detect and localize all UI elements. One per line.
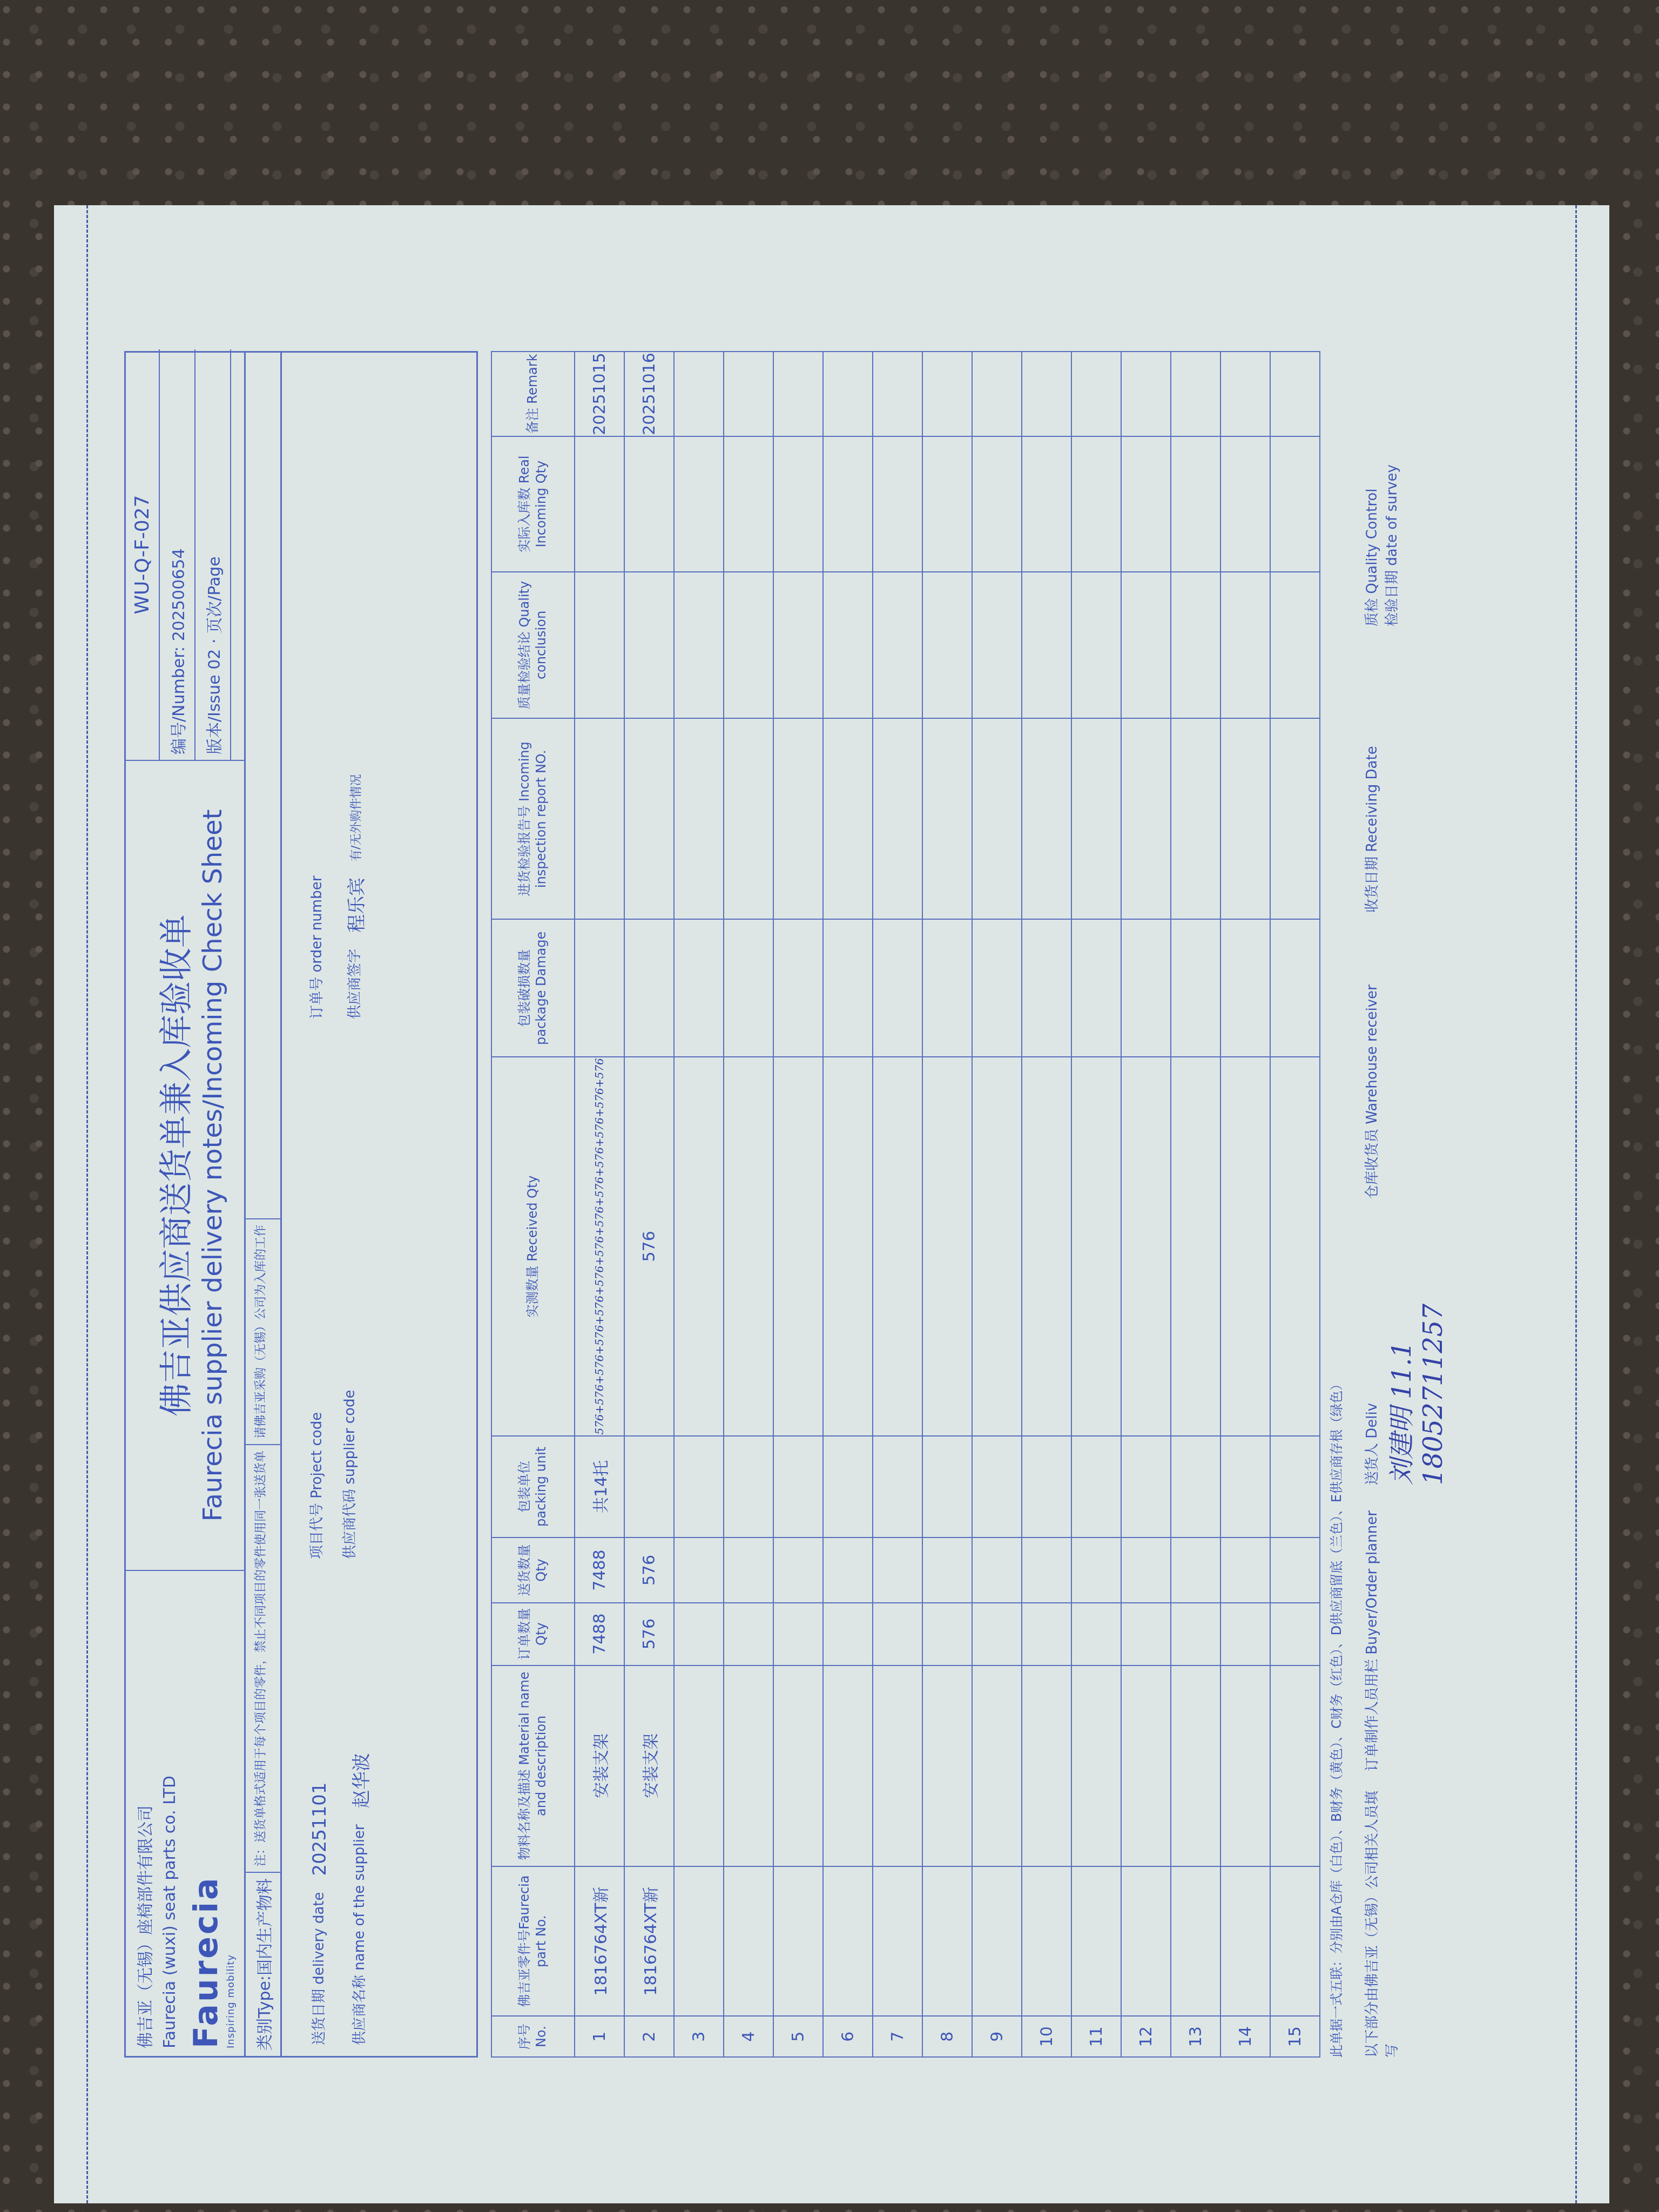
table-cell xyxy=(1071,718,1121,919)
table-cell xyxy=(922,572,972,719)
table-cell: 11 xyxy=(1071,2016,1121,2057)
table-cell xyxy=(823,718,873,919)
table-cell: 3 xyxy=(674,2016,724,2057)
table-cell xyxy=(922,352,972,436)
table-cell xyxy=(922,1436,972,1538)
items-table: 序号 No.佛吉亚零件号Faurecia part No.物料名称及描述 Mat… xyxy=(491,351,1320,2058)
table-cell xyxy=(773,352,823,436)
table-cell xyxy=(1220,718,1270,919)
table-cell: 576 xyxy=(624,1537,674,1602)
table-cell xyxy=(873,919,922,1057)
form-rotated: 佛吉亚（无锡）座椅部件有限公司 Faurecia (wuxi) seat par… xyxy=(124,351,1431,2058)
table-row: 12 xyxy=(1121,352,1171,2057)
table-cell xyxy=(773,1665,823,1866)
table-cell xyxy=(1270,1603,1320,1665)
table-row: 5 xyxy=(773,352,823,2057)
table-cell xyxy=(823,1665,873,1866)
table-cell xyxy=(1270,352,1320,436)
table-cell xyxy=(724,1866,773,2016)
table-cell xyxy=(1171,1603,1220,1665)
table-cell xyxy=(823,572,873,719)
table-cell xyxy=(1121,919,1171,1057)
type-label: 类别Type:国内生产物料 xyxy=(246,1872,280,2056)
table-row: 15 xyxy=(1270,352,1320,2057)
column-header: 质量检验结论 Quality conclusion xyxy=(491,572,575,719)
incoming-check-sheet: 佛吉亚（无锡）座椅部件有限公司 Faurecia (wuxi) seat par… xyxy=(124,351,1448,2058)
table-cell xyxy=(1270,436,1320,572)
warehouse-receiver-label: 仓库收货员 Warehouse receiver xyxy=(1361,923,1448,1199)
table-cell xyxy=(1071,1665,1121,1866)
table-cell xyxy=(972,1537,1022,1602)
table-cell xyxy=(823,1537,873,1602)
table-row: 6 xyxy=(823,352,873,2057)
table-cell xyxy=(1071,352,1121,436)
table-row: 3 xyxy=(674,352,724,2057)
table-cell xyxy=(823,1057,873,1435)
table-cell xyxy=(1071,436,1121,572)
table-cell: 20251015 xyxy=(575,352,624,436)
table-cell xyxy=(1220,572,1270,719)
column-header: 序号 No. xyxy=(491,2016,575,2057)
delivery-date-label: 送货日期 delivery date xyxy=(311,1892,328,2045)
table-cell xyxy=(1270,1665,1320,1866)
table-cell xyxy=(922,1665,972,1866)
deliverer-block: 送货人 Deliv 刘建明 11.1 18052711257 xyxy=(1361,1210,1448,1485)
table-cell xyxy=(724,1537,773,1602)
table-cell xyxy=(823,352,873,436)
table-cell xyxy=(1071,572,1121,719)
table-cell xyxy=(873,718,922,919)
purchase-note: 请佛吉亚采购（无锡）公司为入库的工作 xyxy=(246,1218,280,1444)
table-header-row: 序号 No.佛吉亚零件号Faurecia part No.物料名称及描述 Mat… xyxy=(491,352,575,2057)
column-header: 实测数量 Received Qty xyxy=(491,1057,575,1435)
table-cell xyxy=(1121,1436,1171,1538)
table-cell xyxy=(1270,1537,1320,1602)
table-row: 7 xyxy=(873,352,922,2057)
column-header: 物料名称及描述 Material name and description xyxy=(491,1665,575,1866)
doc-number: 编号/Number: 202500654 xyxy=(160,349,195,760)
table-row: 10 xyxy=(1022,352,1071,2057)
table-cell xyxy=(873,352,922,436)
table-cell xyxy=(1270,1866,1320,2016)
table-cell xyxy=(922,1537,972,1602)
table-cell xyxy=(823,919,873,1057)
info-section: 送货日期 delivery date20251101 供应商名称 name of… xyxy=(282,351,478,2058)
table-cell: 576+576+576+576+576+576+576+576+576+576+… xyxy=(575,1057,624,1435)
table-cell xyxy=(674,718,724,919)
table-cell xyxy=(773,919,823,1057)
table-cell xyxy=(1270,718,1320,919)
table-cell xyxy=(873,1537,922,1602)
table-cell xyxy=(1171,919,1220,1057)
company-en: Faurecia (wuxi) seat parts co. LTD xyxy=(158,1579,182,2048)
copies-legend: 此单据一式五联：分别由A仓库（白色）、B财务（黄色）、C财务（红色）、D供应商留… xyxy=(1326,351,1345,2058)
table-cell xyxy=(724,436,773,572)
table-cell: 576 xyxy=(624,1057,674,1435)
table-cell xyxy=(972,1057,1022,1435)
column-header: 备注 Remark xyxy=(491,352,575,436)
company-block: 佛吉亚（无锡）座椅部件有限公司 Faurecia (wuxi) seat par… xyxy=(126,1570,244,2056)
table-cell xyxy=(1270,919,1320,1057)
project-code-label: 项目代号 Project code xyxy=(309,1412,326,1559)
table-row: 13 xyxy=(1171,352,1220,2057)
table-cell xyxy=(724,718,773,919)
table-cell xyxy=(823,1603,873,1665)
table-cell xyxy=(1022,572,1071,719)
table-cell xyxy=(1270,1436,1320,1538)
table-cell xyxy=(1171,1665,1220,1866)
table-cell xyxy=(1022,436,1071,572)
table-row: 8 xyxy=(922,352,972,2057)
table-cell xyxy=(823,1436,873,1538)
column-header: 佛吉亚零件号Faurecia part No. xyxy=(491,1866,575,2016)
table-cell xyxy=(873,436,922,572)
table-cell xyxy=(972,1603,1022,1665)
table-cell xyxy=(674,436,724,572)
table-cell xyxy=(724,1665,773,1866)
table-cell xyxy=(972,1665,1022,1866)
table-cell: 7 xyxy=(873,2016,922,2057)
table-cell xyxy=(823,1866,873,2016)
table-cell xyxy=(972,718,1022,919)
table-cell xyxy=(1220,1866,1270,2016)
table-cell xyxy=(1121,718,1171,919)
table-cell: 15 xyxy=(1270,2016,1320,2057)
title-block: 佛吉亚供应商送货单兼入库验收单 Faurecia supplier delive… xyxy=(126,760,244,1570)
table-cell xyxy=(972,919,1022,1057)
table-cell xyxy=(1121,436,1171,572)
table-cell xyxy=(724,1057,773,1435)
table-cell xyxy=(1171,1057,1220,1435)
column-header: 进货检验报告号 Incoming inspection report NO. xyxy=(491,718,575,919)
tractor-holes-left xyxy=(54,205,88,2203)
form-note: 注：送货单格式适用于每个项目的零件，禁止不同项目的零件使用同一张送货单 xyxy=(246,1444,280,1872)
table-cell: 13 xyxy=(1171,2016,1220,2057)
table-cell xyxy=(1121,572,1171,719)
table-cell: 9 xyxy=(972,2016,1022,2057)
table-cell xyxy=(674,1866,724,2016)
table-cell xyxy=(773,1057,823,1435)
table-cell: 8 xyxy=(922,2016,972,2057)
table-cell xyxy=(1220,352,1270,436)
table-row: 4 xyxy=(724,352,773,2057)
table-cell xyxy=(1171,572,1220,719)
table-cell xyxy=(1022,1057,1071,1435)
table-cell: 1 xyxy=(575,2016,624,2057)
table-cell xyxy=(922,1057,972,1435)
table-cell xyxy=(575,572,624,719)
table-cell: 20251016 xyxy=(624,352,674,436)
table-cell xyxy=(1022,919,1071,1057)
supplier-name-label: 供应商名称 name of the supplier xyxy=(352,1824,368,2045)
table-cell xyxy=(674,919,724,1057)
table-cell xyxy=(1171,1436,1220,1538)
column-header: 实际入库数 Real Incoming Qty xyxy=(491,436,575,572)
table-cell xyxy=(1220,1057,1270,1435)
table-cell xyxy=(1022,352,1071,436)
table-cell xyxy=(1171,1866,1220,2016)
table-cell xyxy=(873,1057,922,1435)
table-row: 21816764XT新安装支架57657657620251016 xyxy=(624,352,674,2057)
table-cell xyxy=(1220,1436,1270,1538)
table-cell: 安装支架 xyxy=(575,1665,624,1866)
table-cell xyxy=(1071,1057,1121,1435)
table-cell: 7488 xyxy=(575,1603,624,1665)
table-cell xyxy=(1071,1436,1121,1538)
table-cell xyxy=(972,436,1022,572)
table-cell xyxy=(1022,1603,1071,1665)
doc-version: 版本/Issue 02 · 页次/Page xyxy=(195,349,231,760)
table-cell: 14 xyxy=(1220,2016,1270,2057)
table-cell xyxy=(1022,1436,1071,1538)
title-en: Faurecia supplier delivery notes/Incomin… xyxy=(198,768,228,1562)
tractor-holes-right xyxy=(1575,205,1609,2203)
table-cell xyxy=(1121,1603,1171,1665)
table-cell: 1816764XT新 xyxy=(624,1866,674,2016)
table-row: 9 xyxy=(972,352,1022,2057)
table-cell xyxy=(1220,1665,1270,1866)
table-cell xyxy=(972,352,1022,436)
footer-signatures: 以下部分由佛吉亚（无锡）公司相关人员填写 订单制作人员用栏 Buyer/Orde… xyxy=(1361,351,1448,2058)
table-cell xyxy=(674,1537,724,1602)
table-cell: 2 xyxy=(624,2016,674,2057)
table-body: 11816764XT新安装支架74887488共14托576+576+576+5… xyxy=(575,352,1320,2057)
column-header: 送货数量 Qty xyxy=(491,1537,575,1602)
table-cell xyxy=(922,919,972,1057)
table-cell: 安装支架 xyxy=(624,1665,674,1866)
table-cell xyxy=(922,1603,972,1665)
table-cell xyxy=(773,1866,823,2016)
table-cell xyxy=(1171,436,1220,572)
table-cell xyxy=(922,436,972,572)
table-cell xyxy=(624,572,674,719)
delivery-date-value: 20251101 xyxy=(309,1782,331,1876)
table-cell xyxy=(1220,1537,1270,1602)
table-cell xyxy=(724,1603,773,1665)
table-cell xyxy=(624,919,674,1057)
deliverer-phone: 18052711257 xyxy=(1418,1210,1448,1485)
supplier-rep-value: 程乐宾 xyxy=(342,878,368,933)
table-cell xyxy=(674,572,724,719)
table-cell xyxy=(972,1866,1022,2016)
outsource-note: 有/无外购件情况 xyxy=(347,774,363,861)
table-cell xyxy=(773,1537,823,1602)
table-cell xyxy=(724,1436,773,1538)
table-row: 14 xyxy=(1220,352,1270,2057)
table-cell xyxy=(1022,1665,1071,1866)
table-cell xyxy=(823,436,873,572)
supplier-rep-label: 供应商签字 xyxy=(347,949,363,1019)
table-cell xyxy=(773,1436,823,1538)
deliverer-signature: 刘建明 11.1 xyxy=(1381,1210,1418,1485)
table-cell xyxy=(1022,1537,1071,1602)
supplier-name-value: 赵华波 xyxy=(347,1753,373,1808)
faurecia-logo: FaureciaInspiring mobility xyxy=(187,1579,237,2048)
table-cell xyxy=(1270,1057,1320,1435)
table-cell xyxy=(1071,1866,1121,2016)
doc-code: WU-Q-F-027 xyxy=(126,349,160,760)
table-cell xyxy=(873,1866,922,2016)
table-cell xyxy=(1071,919,1121,1057)
meta-block: WU-Q-F-027 编号/Number: 202500654 版本/Issue… xyxy=(126,349,244,760)
table-cell xyxy=(873,572,922,719)
table-row: 11 xyxy=(1071,352,1121,2057)
table-cell xyxy=(1071,1603,1121,1665)
table-cell: 12 xyxy=(1121,2016,1171,2057)
table-cell xyxy=(674,1436,724,1538)
table-cell xyxy=(575,436,624,572)
table-cell: 7488 xyxy=(575,1537,624,1602)
table-cell xyxy=(624,436,674,572)
table-cell xyxy=(674,1057,724,1435)
table-cell xyxy=(724,572,773,719)
table-cell xyxy=(1270,572,1320,719)
quality-control-label: 质检 Quality Control检验日期 date of survey xyxy=(1361,351,1448,626)
table-cell xyxy=(1022,718,1071,919)
table-cell xyxy=(1121,352,1171,436)
form-header: 佛吉亚（无锡）座椅部件有限公司 Faurecia (wuxi) seat par… xyxy=(124,351,246,2058)
table-cell xyxy=(773,572,823,719)
table-cell xyxy=(773,436,823,572)
table-cell xyxy=(1220,1603,1270,1665)
table-cell xyxy=(575,919,624,1057)
supplier-code-label: 供应商代码 supplier code xyxy=(342,1390,359,1559)
table-cell: 1816764XT新 xyxy=(575,1866,624,2016)
table-cell xyxy=(674,352,724,436)
table-cell xyxy=(873,1665,922,1866)
table-cell xyxy=(773,1603,823,1665)
table-cell xyxy=(1171,718,1220,919)
table-cell xyxy=(1121,1866,1171,2016)
order-number-label: 订单号 order number xyxy=(309,876,326,1019)
table-cell xyxy=(873,1603,922,1665)
table-cell xyxy=(1121,1057,1171,1435)
table-cell xyxy=(972,572,1022,719)
title-zh: 佛吉亚供应商送货单兼入库验收单 xyxy=(150,768,198,1562)
table-cell: 576 xyxy=(624,1603,674,1665)
table-cell xyxy=(922,718,972,919)
footer-intro: 以下部分由佛吉亚（无锡）公司相关人员填写 xyxy=(1361,1782,1448,2058)
table-cell xyxy=(1121,1537,1171,1602)
table-cell xyxy=(674,1603,724,1665)
table-cell: 6 xyxy=(823,2016,873,2057)
table-cell: 4 xyxy=(724,2016,773,2057)
table-cell xyxy=(1220,919,1270,1057)
table-cell xyxy=(724,352,773,436)
column-header: 包装破损数量 package Damage xyxy=(491,919,575,1057)
table-cell xyxy=(674,1665,724,1866)
table-cell xyxy=(1022,1866,1071,2016)
table-cell xyxy=(624,1436,674,1538)
table-cell xyxy=(1171,1537,1220,1602)
table-cell xyxy=(873,1436,922,1538)
table-cell: 共14托 xyxy=(575,1436,624,1538)
table-cell xyxy=(1220,436,1270,572)
table-cell xyxy=(972,1436,1022,1538)
table-cell xyxy=(922,1866,972,2016)
table-row: 11816764XT新安装支架74887488共14托576+576+576+5… xyxy=(575,352,624,2057)
buyer-label: 订单制作人员用栏 Buyer/Order planner xyxy=(1361,1496,1448,1771)
table-cell xyxy=(773,718,823,919)
company-zh: 佛吉亚（无锡）座椅部件有限公司 xyxy=(133,1579,158,2048)
column-header: 订单数量Qty xyxy=(491,1603,575,1665)
table-cell xyxy=(1121,1665,1171,1866)
table-cell xyxy=(575,718,624,919)
table-cell xyxy=(724,919,773,1057)
table-cell xyxy=(1071,1537,1121,1602)
receiving-date-label: 收货日期 Receiving Date xyxy=(1361,637,1448,913)
table-cell: 10 xyxy=(1022,2016,1071,2057)
table-cell: 5 xyxy=(773,2016,823,2057)
table-cell xyxy=(624,718,674,919)
column-header: 包装单位 packing unit xyxy=(491,1436,575,1538)
table-cell xyxy=(1171,352,1220,436)
type-row: 类别Type:国内生产物料 注：送货单格式适用于每个项目的零件，禁止不同项目的零… xyxy=(246,351,282,2058)
